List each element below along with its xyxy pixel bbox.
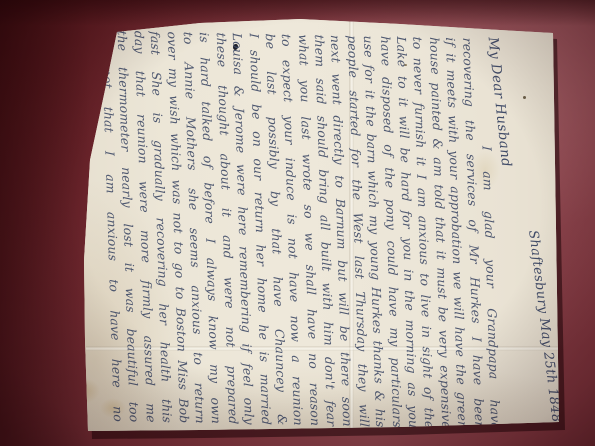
handwritten-letter-text: Shaftesbury May 25th 1848 My Dear Husban… [94, 34, 556, 426]
background-shadow-left [0, 0, 90, 446]
letter-body: I am glad your Grandpapa have succeeded … [97, 30, 503, 430]
letter-photo: Shaftesbury May 25th 1848 My Dear Husban… [0, 0, 595, 446]
